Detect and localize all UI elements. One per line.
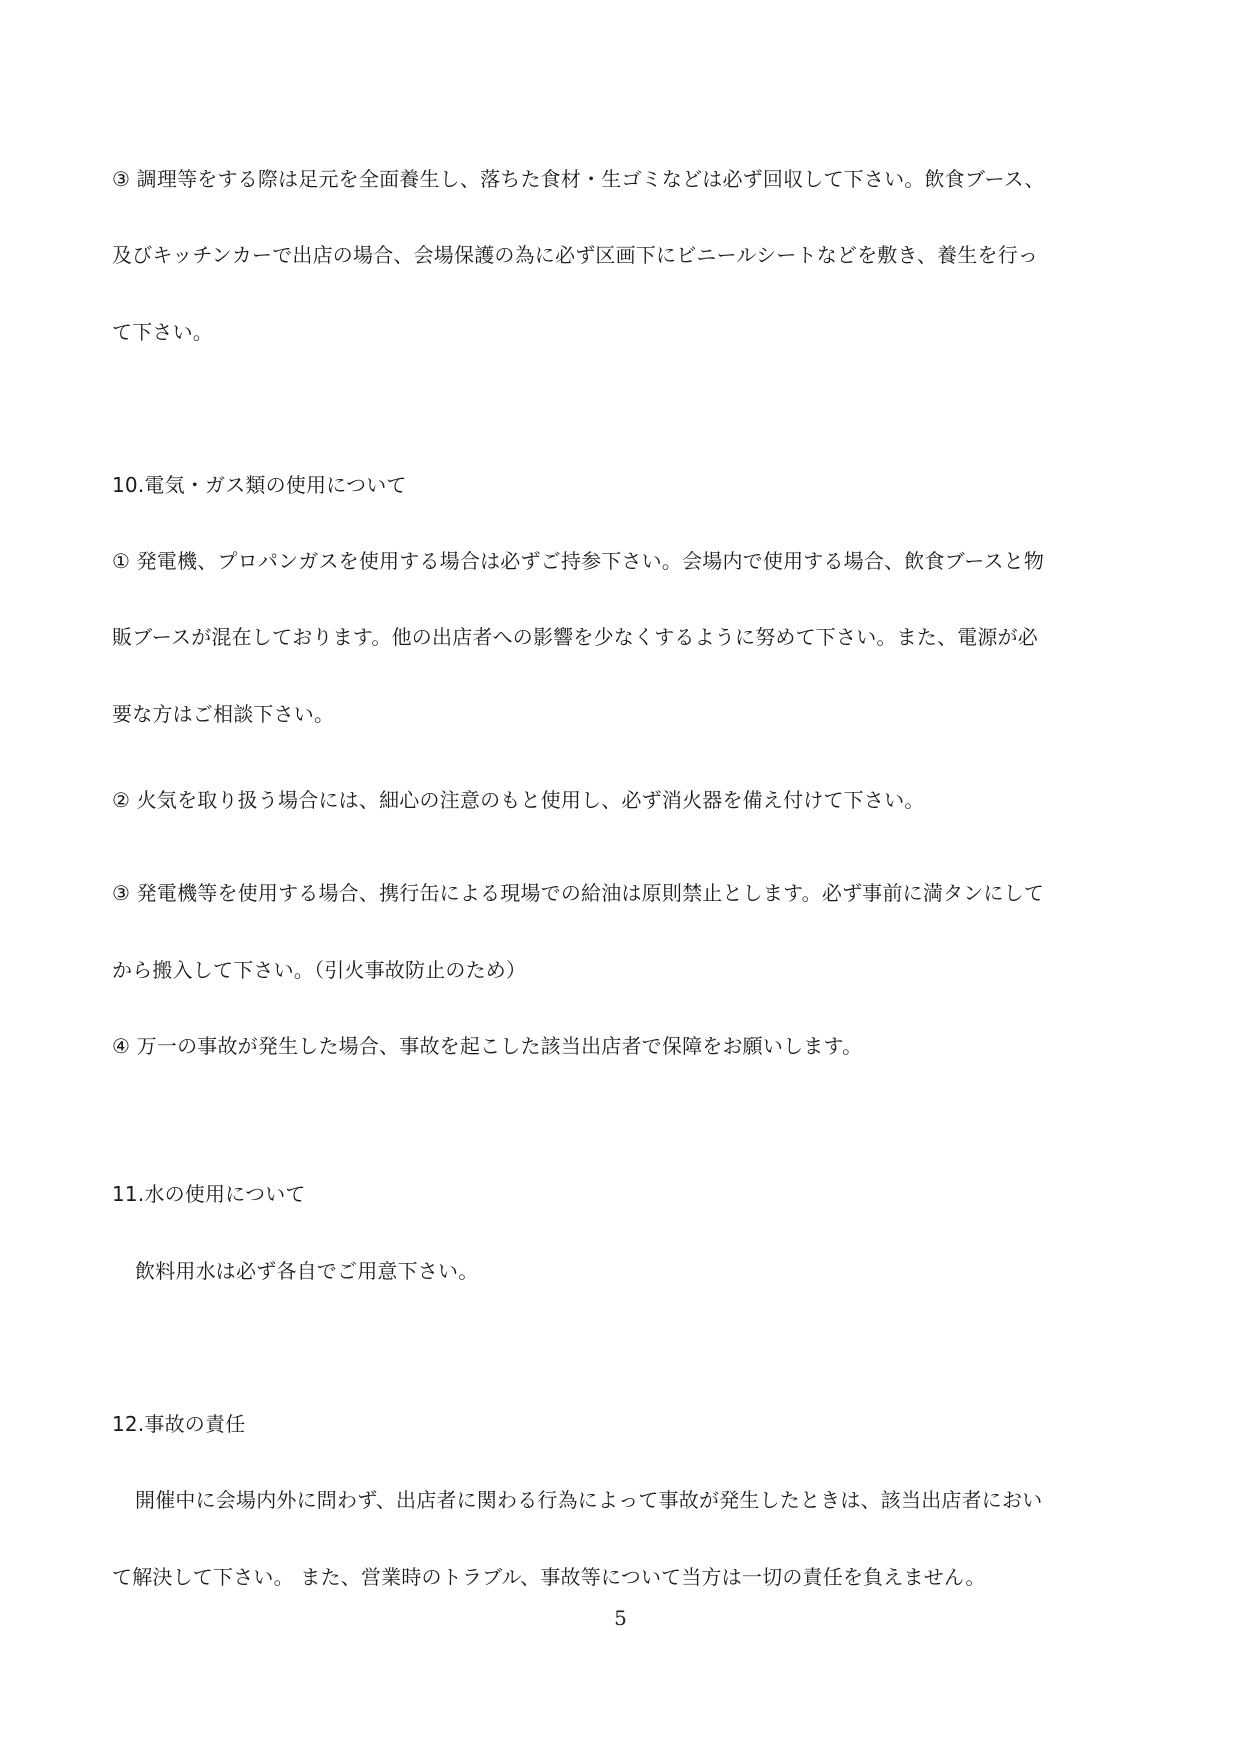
document-page: ③ 調理等をする際は足元を全面養生し、落ちた食材・生ゴミなどは必ず回収して下さい…: [0, 0, 1241, 1754]
section-heading: 11.水の使用について: [112, 1180, 306, 1208]
paragraph-line: ③ 発電機等を使用する場合、携行缶による現場での給油は原則禁止とします。必ず事前…: [112, 879, 1044, 907]
paragraph-line: 要な方はご相談下さい。: [112, 700, 334, 728]
paragraph-line: 販ブースが混在しております。他の出店者への影響を少なくするように努めて下さい。ま…: [112, 623, 1038, 651]
paragraph-line: ② 火気を取り扱う場合には、細心の注意のもと使用し、必ず消火器を備え付けて下さい…: [112, 786, 925, 814]
page-number: 5: [0, 1604, 1241, 1632]
paragraph-line: て解決して下さい。 また、営業時のトラブル、事故等について当方は一切の責任を負え…: [112, 1563, 986, 1591]
paragraph-line: から搬入して下さい。（引火事故防止のため）: [112, 956, 526, 984]
paragraph-line: ④ 万一の事故が発生した場合、事故を起こした該当出店者で保障をお願いします。: [112, 1032, 862, 1060]
paragraph-line: て下さい。: [112, 318, 213, 346]
paragraph-line: 及びキッチンカーで出店の場合、会場保護の為に必ず区画下にビニールシートなどを敷き…: [112, 241, 1038, 269]
paragraph-line: 開催中に会場内外に問わず、出店者に関わる行為によって事故が発生したときは、該当出…: [135, 1486, 1042, 1514]
paragraph-line: 飲料用水は必ず各自でご用意下さい。: [135, 1257, 478, 1285]
paragraph-line: ① 発電機、プロパンガスを使用する場合は必ずご持参下さい。会場内で使用する場合、…: [112, 547, 1044, 575]
section-heading: 12.事故の責任: [112, 1410, 245, 1438]
section-heading: 10.電気・ガス類の使用について: [112, 471, 407, 499]
paragraph-line: ③ 調理等をする際は足元を全面養生し、落ちた食材・生ゴミなどは必ず回収して下さい…: [112, 165, 1045, 193]
